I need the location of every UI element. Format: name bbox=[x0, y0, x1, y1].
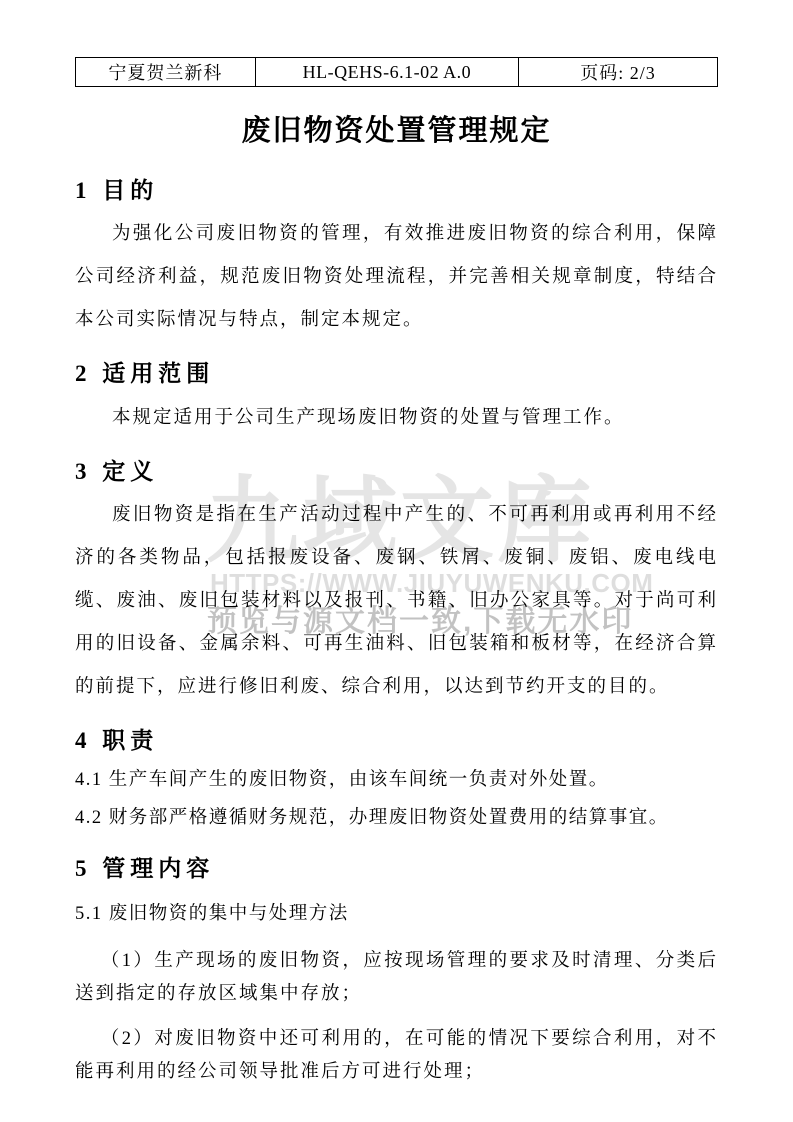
section-management-heading: 5 管理内容 bbox=[75, 853, 718, 885]
document-page: 九域文库 HTTPS://WWW.JIUYUWENKU.COM 预览与源文档一致… bbox=[0, 0, 793, 1122]
section-responsibility-heading: 4 职责 bbox=[75, 725, 718, 757]
subclause-1: （1）生产现场的废旧物资，应按现场管理的要求及时清理、分类后送到指定的存放区域集… bbox=[75, 945, 718, 1011]
section-scope-heading: 2 适用范围 bbox=[75, 358, 718, 390]
section-scope-paragraph: 本规定适用于公司生产现场废旧物资的处置与管理工作。 bbox=[75, 396, 718, 440]
clause-4-2: 4.2 财务部严格遵循财务规范，办理废旧物资处置费用的结算事宜。 bbox=[75, 799, 718, 837]
company-name-cell: 宁夏贺兰新科 bbox=[76, 58, 256, 87]
section-definition-heading: 3 定义 bbox=[75, 456, 718, 488]
document-header-table: 宁夏贺兰新科 HL-QEHS-6.1-02 A.0 页码: 2/3 bbox=[75, 57, 718, 87]
doc-code-cell: HL-QEHS-6.1-02 A.0 bbox=[255, 58, 518, 87]
subclause-2: （2）对废旧物资中还可利用的，在可能的情况下要综合利用，对不能再利用的经公司领导… bbox=[75, 1023, 718, 1089]
clause-5-1: 5.1 废旧物资的集中与处理方法 bbox=[75, 895, 718, 933]
header-row: 宁夏贺兰新科 HL-QEHS-6.1-02 A.0 页码: 2/3 bbox=[76, 58, 718, 87]
page-number-cell: 页码: 2/3 bbox=[518, 58, 717, 87]
clause-4-1: 4.1 生产车间产生的废旧物资，由该车间统一负责对外处置。 bbox=[75, 761, 718, 799]
document-title: 废旧物资处置管理规定 bbox=[75, 111, 718, 151]
document-content: 宁夏贺兰新科 HL-QEHS-6.1-02 A.0 页码: 2/3 废旧物资处置… bbox=[75, 0, 718, 1089]
section-purpose-paragraph: 为强化公司废旧物资的管理，有效推进废旧物资的综合利用，保障公司经济利益，规范废旧… bbox=[75, 213, 718, 342]
section-purpose-heading: 1 目的 bbox=[75, 175, 718, 207]
section-definition-paragraph: 废旧物资是指在生产活动过程中产生的、不可再利用或再利用不经济的各类物品，包括报废… bbox=[75, 494, 718, 709]
